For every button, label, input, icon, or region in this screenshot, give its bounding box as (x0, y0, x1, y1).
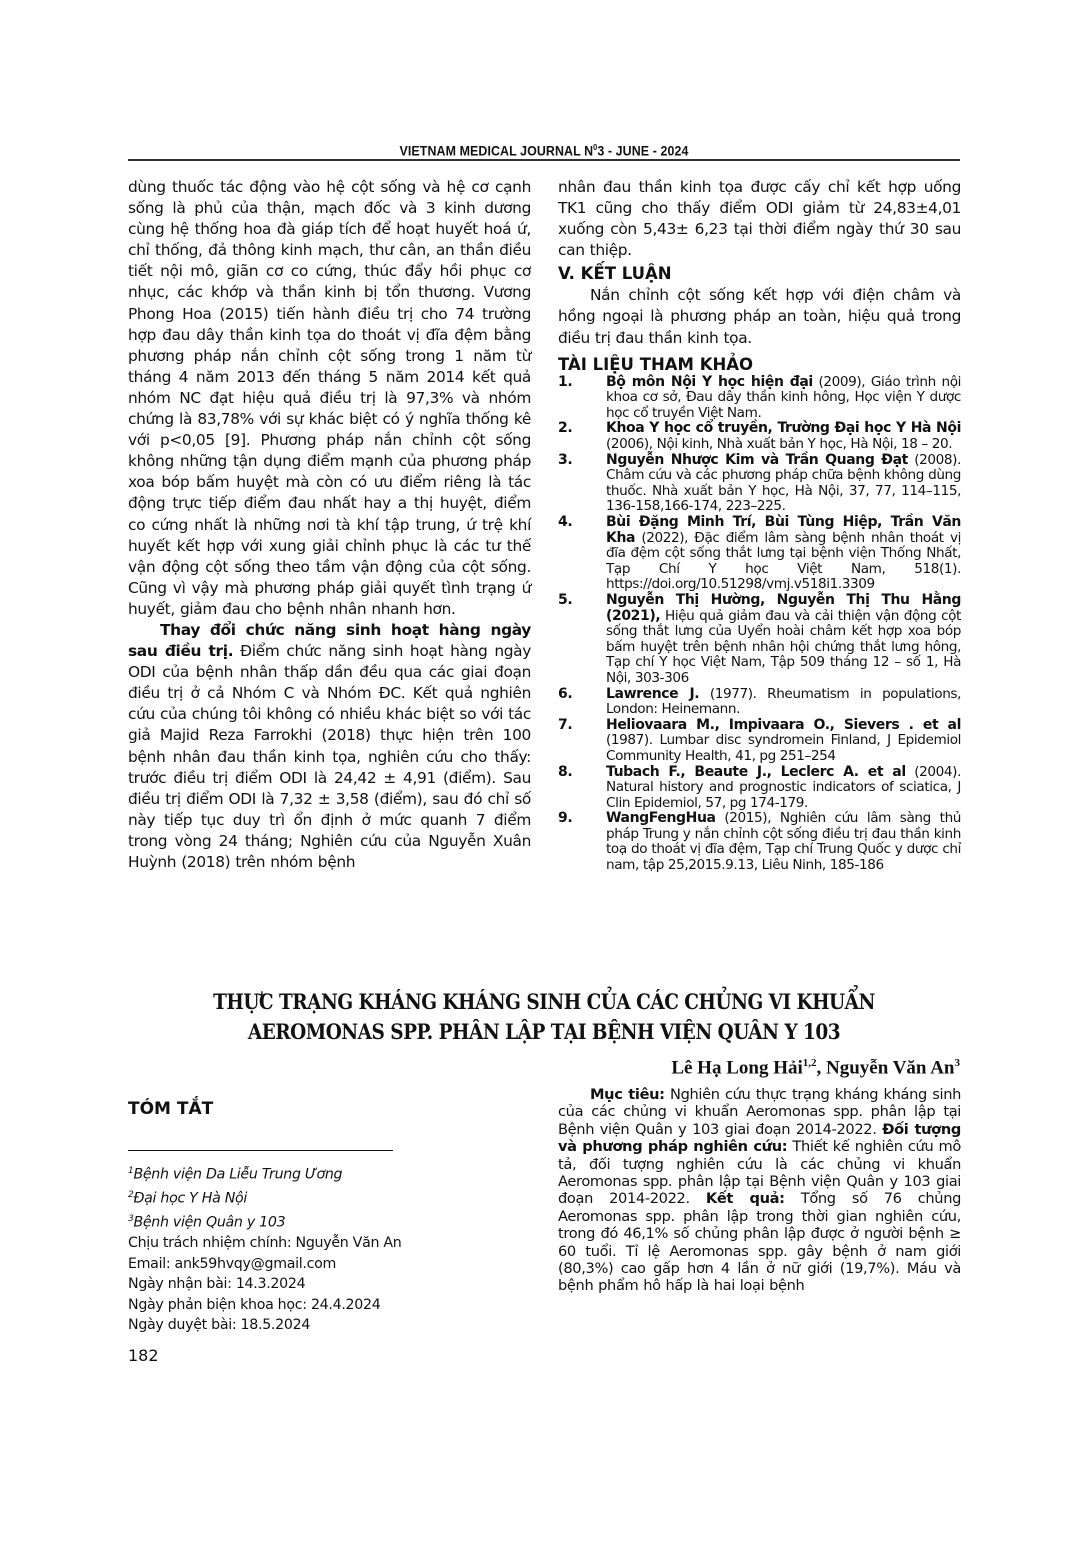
corresponding-author: Chịu trách nhiệm chính: Nguyễn Văn An (128, 1233, 401, 1253)
left-column: dùng thuốc tác động vào hệ cột sống và h… (128, 177, 531, 873)
affiliation-2: 2Đại học Y Hà Nội (128, 1185, 401, 1209)
author-footnotes: 1Bệnh viện Da Liễu Trung Ương 2Đại học Y… (128, 1161, 401, 1335)
reference-authors: Tubach F., Beaute J., Leclerc A. et al (606, 764, 906, 780)
reference-list: 1.Bộ môn Nội Y học hiện đại (2009), Giáo… (558, 375, 961, 874)
right-column: nhân đau thần kinh tọa được cấy chỉ kết … (558, 177, 961, 874)
author-affiliation-sup: 1,2 (803, 1057, 817, 1069)
conclusion-text: Nắn chỉnh cột sống kết hợp với điện châm… (558, 286, 961, 346)
conclusion-heading: V. KẾT LUẬN (558, 263, 961, 285)
author-name: Nguyễn Văn An (826, 1057, 954, 1078)
article-title-line-1: THỰC TRẠNG KHÁNG KHÁNG SINH CỦA CÁC CHỦN… (186, 988, 902, 1018)
header-rule (128, 159, 960, 161)
reference-authors: Khoa Y học cổ truyền, Trường Đại học Y H… (606, 420, 961, 436)
affiliation-text: Bệnh viện Quân y 103 (133, 1215, 285, 1231)
article-authors: Lê Hạ Long Hải1,2, Nguyễn Văn An3 (671, 1057, 960, 1079)
affiliation-1: 1Bệnh viện Da Liễu Trung Ương (128, 1161, 401, 1185)
reference-number: 3. (558, 453, 572, 469)
author-name: Lê Hạ Long Hải (671, 1057, 802, 1078)
reference-details: (2022), Đặc điểm lâm sàng bệnh nhân thoá… (606, 530, 961, 593)
reference-item: 6.Lawrence J. (1977). Rheumatism in popu… (558, 687, 961, 718)
reference-authors: Lawrence J. (606, 686, 699, 702)
reference-number: 9. (558, 811, 572, 827)
date-reviewed: Ngày phản biện khoa học: 24.4.2024 (128, 1295, 401, 1315)
article-title: THỰC TRẠNG KHÁNG KHÁNG SINH CỦA CÁC CHỦN… (186, 988, 902, 1048)
abstract-heading: TÓM TẮT (128, 1099, 213, 1119)
date-received: Ngày nhận bài: 14.3.2024 (128, 1274, 401, 1294)
reference-item: 3.Nguyễn Nhược Kim và Trần Quang Đạt (20… (558, 453, 961, 515)
reference-number: 2. (558, 421, 572, 437)
reference-authors: Bộ môn Nội Y học hiện đại (606, 374, 813, 390)
discussion-paragraph-2: Thay đổi chức năng sinh hoạt hàng ngày s… (128, 620, 531, 873)
reference-authors: Nguyễn Nhược Kim và Trần Quang Đạt (606, 452, 908, 468)
issue-date: 3 - JUNE - 2024 (597, 144, 688, 159)
reference-number: 5. (558, 593, 572, 609)
reference-details: (2006), Nội kinh, Nhà xuất bản Y học, Hà… (606, 436, 952, 452)
objective-label: Mục tiêu: (590, 1086, 665, 1103)
reference-item: 7.Heliovaara M., Impivaara O., Sievers .… (558, 718, 961, 765)
reference-number: 4. (558, 515, 572, 531)
abstract-body: Mục tiêu: Nghiên cứu thực trạng kháng kh… (558, 1086, 961, 1295)
email: Email: ank59hvqy@gmail.com (128, 1254, 401, 1274)
reference-item: 8.Tubach F., Beaute J., Leclerc A. et al… (558, 765, 961, 812)
author-separator: , (817, 1057, 827, 1078)
results-label: Kết quả: (706, 1190, 785, 1207)
conclusion-paragraph: Nắn chỉnh cột sống kết hợp với điện châm… (558, 285, 961, 348)
reference-item: 9.WangFengHua (2015), Nghiên cứu lâm sàn… (558, 811, 961, 873)
reference-number: 7. (558, 718, 572, 734)
reference-number: 8. (558, 765, 572, 781)
paragraph-body: Điểm chức năng sinh hoạt hàng ngày ODI c… (128, 642, 531, 871)
discussion-paragraph-1: dùng thuốc tác động vào hệ cột sống và h… (128, 177, 531, 620)
reference-number: 1. (558, 375, 572, 391)
date-accepted: Ngày duyệt bài: 18.5.2024 (128, 1315, 401, 1335)
reference-details: Hiệu quả giảm đau và cải thiện vận động … (606, 608, 961, 686)
affiliation-3: 3Bệnh viện Quân y 103 (128, 1209, 401, 1233)
author-affiliation-sup: 3 (955, 1057, 961, 1069)
running-header: VIETNAM MEDICAL JOURNAL N03 - JUNE - 202… (161, 143, 926, 159)
reference-authors: WangFengHua (606, 810, 716, 826)
discussion-paragraph-3: nhân đau thần kinh tọa được cấy chỉ kết … (558, 177, 961, 261)
reference-details: (1987). Lumbar disc syndromein Finland, … (606, 732, 961, 764)
abstract-paragraph: Mục tiêu: Nghiên cứu thực trạng kháng kh… (558, 1086, 961, 1295)
journal-name: VIETNAM MEDICAL JOURNAL N (400, 144, 594, 159)
reference-item: 5.Nguyễn Thị Hường, Nguyễn Thị Thu Hằng … (558, 593, 961, 687)
affiliation-text: Bệnh viện Da Liễu Trung Ương (133, 1167, 342, 1183)
affiliation-text: Đại học Y Hà Nội (133, 1191, 247, 1207)
references-heading: TÀI LIỆU THAM KHẢO (558, 355, 961, 375)
reference-authors: Heliovaara M., Impivaara O., Sievers . e… (606, 717, 961, 733)
reference-item: 1.Bộ môn Nội Y học hiện đại (2009), Giáo… (558, 375, 961, 422)
footnote-rule (128, 1150, 393, 1151)
page-number: 182 (128, 1346, 159, 1365)
reference-item: 4.Bùi Đặng Minh Trí, Bùi Tùng Hiệp, Trần… (558, 515, 961, 593)
reference-item: 2.Khoa Y học cổ truyền, Trường Đại học Y… (558, 421, 961, 452)
reference-number: 6. (558, 687, 572, 703)
article-title-line-2: AEROMONAS SPP. PHÂN LẬP TẠI BỆNH VIỆN QU… (186, 1018, 902, 1048)
